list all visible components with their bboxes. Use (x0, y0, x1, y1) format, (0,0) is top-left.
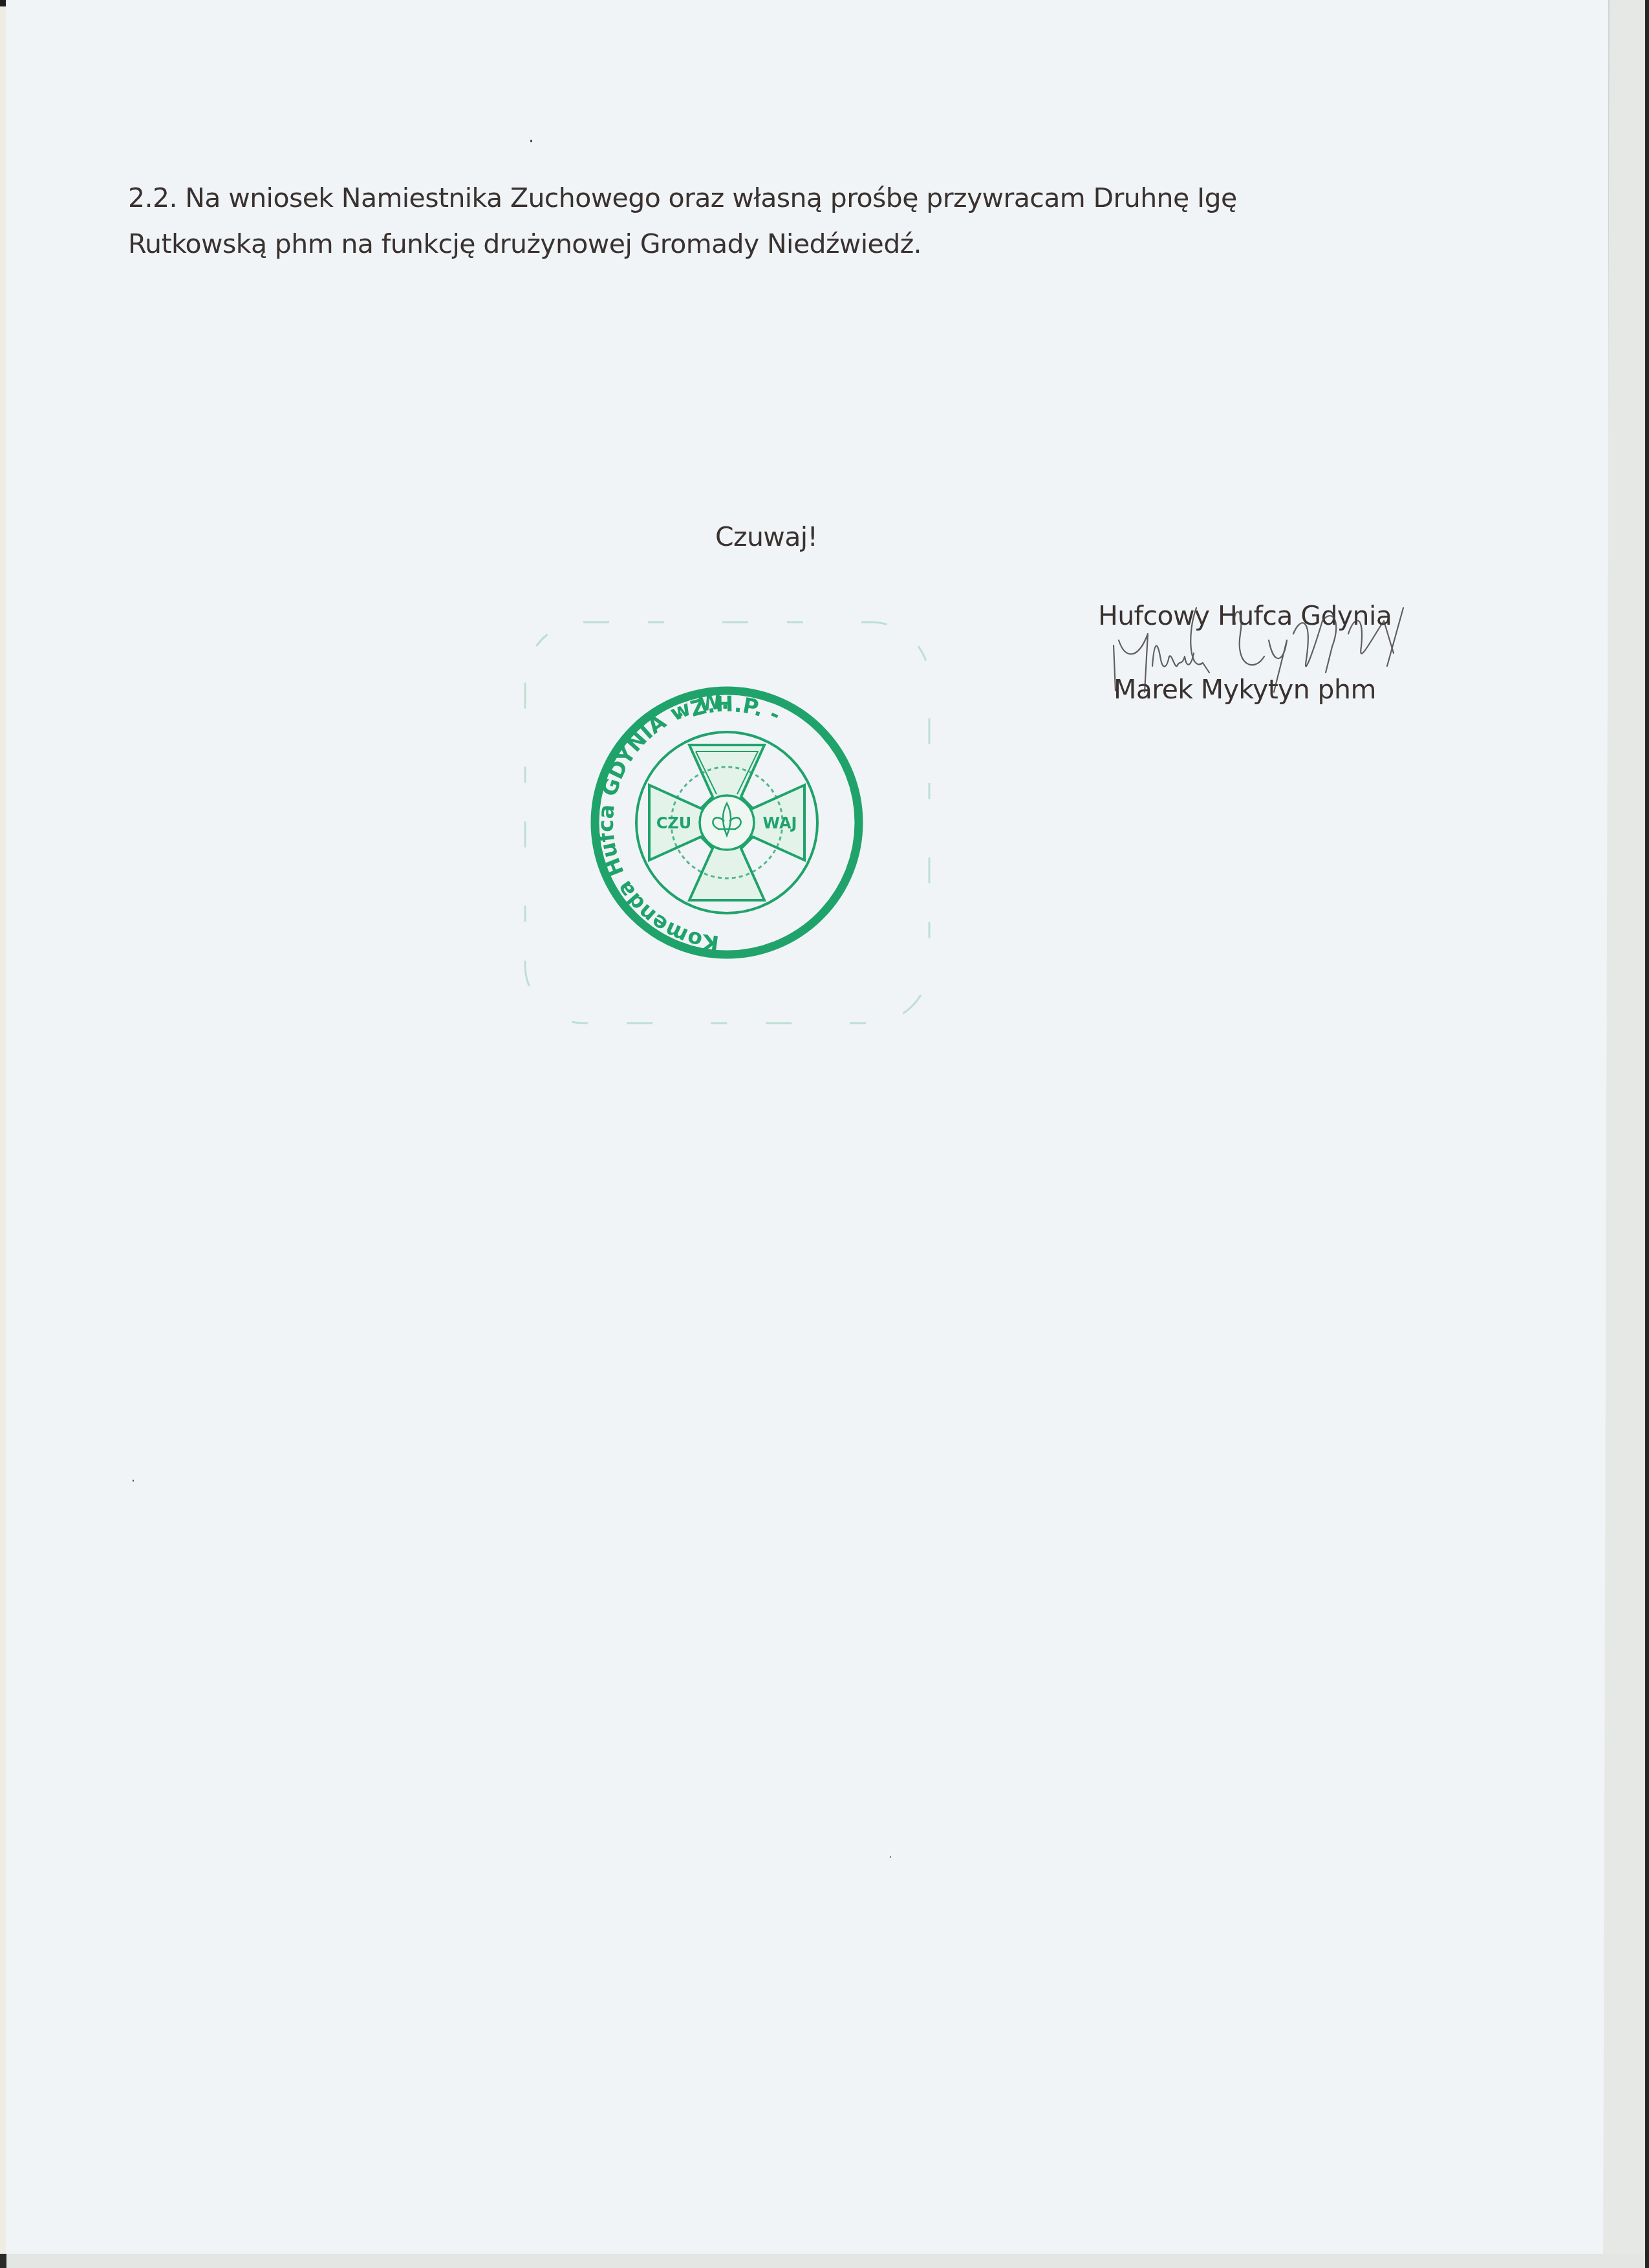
scan-speck (530, 140, 532, 142)
scan-edge-right (1645, 0, 1649, 2268)
paper-page (6, 0, 1610, 2254)
closing-greeting: Czuwaj! (715, 521, 817, 552)
scan-edge-left (0, 6, 6, 2254)
paragraph-line-1: 2.2. Na wniosek Namiestnika Zuchowego or… (128, 182, 1237, 213)
paragraph-line-2: Rutkowską phm na funkcję drużynowej Grom… (128, 228, 921, 259)
handwritten-signature (1099, 595, 1461, 698)
scan-corner-bottom-left (0, 2254, 6, 2268)
scan-speck (133, 1480, 134, 1482)
scan-edge-bottom (0, 2254, 1649, 2268)
scan-corner-top-left (0, 0, 6, 6)
scan-speck (890, 1856, 891, 1858)
